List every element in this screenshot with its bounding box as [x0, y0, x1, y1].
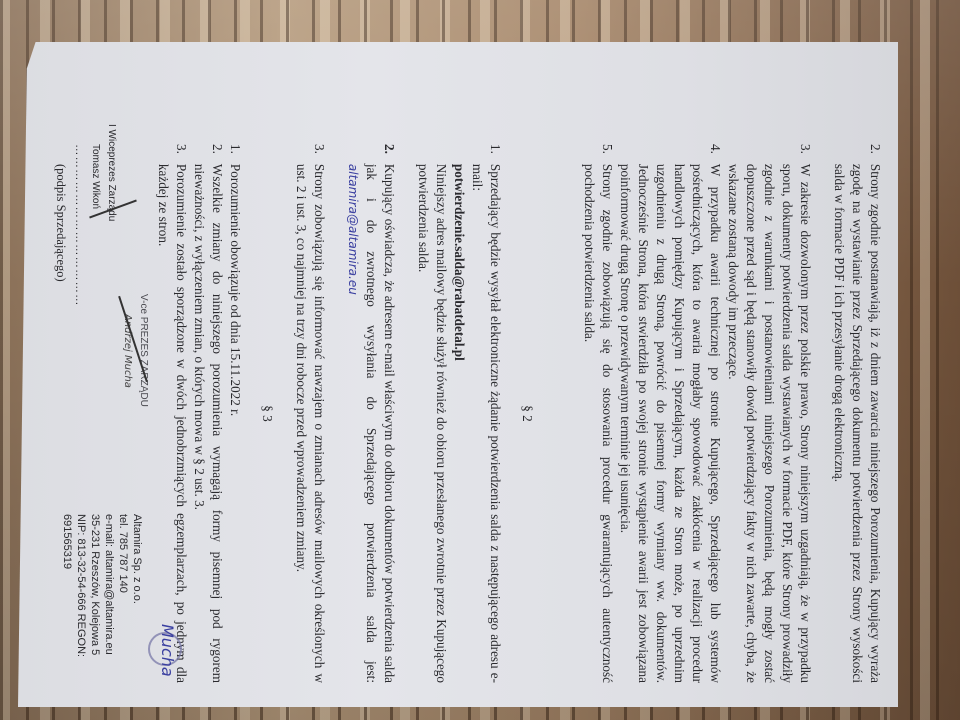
section-2-heading: § 2	[518, 144, 536, 683]
buyer-handwritten-signature: Mucha	[160, 624, 174, 677]
section-3-heading: § 3	[258, 144, 276, 683]
signature-block: V-ce PREZES ZARZĄDU Andrzej Mucha I Wice…	[24, 144, 144, 683]
clause-item: 3. Strony zobowiązują się informować naw…	[292, 144, 328, 683]
clause-item: 2. Kupujący oświadcza, że adresem e-mail…	[344, 144, 398, 683]
clause-item: 4. W przypadku awarii technicznej po str…	[616, 144, 724, 683]
clause-item: 2. Strony zgodnie postanawiają, iż z dni…	[830, 144, 884, 683]
seller-email: potwierdzenie.salda@rabatdetal.pl	[452, 164, 467, 361]
clause-item: 5. Strony zgodnie zobowiązują się do sto…	[580, 144, 616, 683]
buyer-email-handwritten: altamira@altamira.eu	[346, 164, 360, 295]
seller-stamp-name: Tomasz Wikoń	[86, 144, 104, 209]
clause-item: 3. Porozumienie zostało sporządzone w dw…	[154, 144, 190, 683]
seller-signature-caption: (podpis Sprzedającego)	[52, 164, 70, 282]
clause-item: 2. Wszelkie zmiany do niniejszego porozu…	[190, 144, 226, 683]
section-3-clauses: 1. Porozumienie obowiązuje od dnia 15.11…	[154, 144, 244, 683]
seller-signature-line: …………………………………	[70, 144, 88, 307]
section-2-clauses: 1. Sprzedający będzie wysyłał elektronic…	[292, 144, 504, 683]
top-clauses: 2. Strony zgodnie postanawiają, iż z dni…	[580, 144, 884, 683]
clause-item: 1. Porozumienie obowiązuje od dnia 15.11…	[226, 144, 244, 683]
clause-item: 3. W zakresie dozwolonym przez polskie p…	[724, 144, 814, 683]
document-page: 2. Strony zgodnie postanawiają, iż z dni…	[124, 48, 884, 713]
clause-item: 1. Sprzedający będzie wysyłał elektronic…	[414, 144, 504, 683]
buyer-company-stamp: Altamira Sp. z o.o. tel. 785 787 140 e-m…	[60, 514, 144, 714]
